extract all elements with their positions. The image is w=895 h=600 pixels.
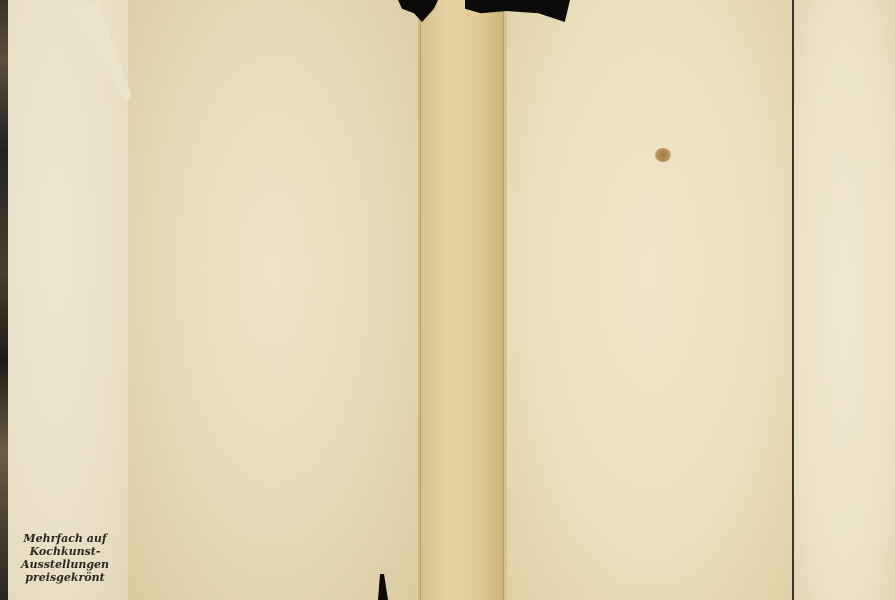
spine (420, 0, 504, 600)
stain-spot (655, 148, 671, 162)
award-line-4: preisgekrönt (20, 571, 110, 584)
front-cover-inside (128, 0, 420, 600)
award-text: Mehrfach auf Kochkunst- Ausstellungen pr… (20, 532, 110, 584)
award-line-2: Kochkunst- (20, 545, 110, 558)
award-line-1: Mehrfach auf (20, 532, 110, 545)
award-line-3: Ausstellungen (20, 558, 110, 571)
back-cover-inside (504, 0, 792, 600)
scanned-dust-jacket: Mehrfach auf Kochkunst- Ausstellungen pr… (0, 0, 895, 600)
right-flap (792, 0, 895, 600)
left-flap: Mehrfach auf Kochkunst- Ausstellungen pr… (8, 0, 130, 600)
